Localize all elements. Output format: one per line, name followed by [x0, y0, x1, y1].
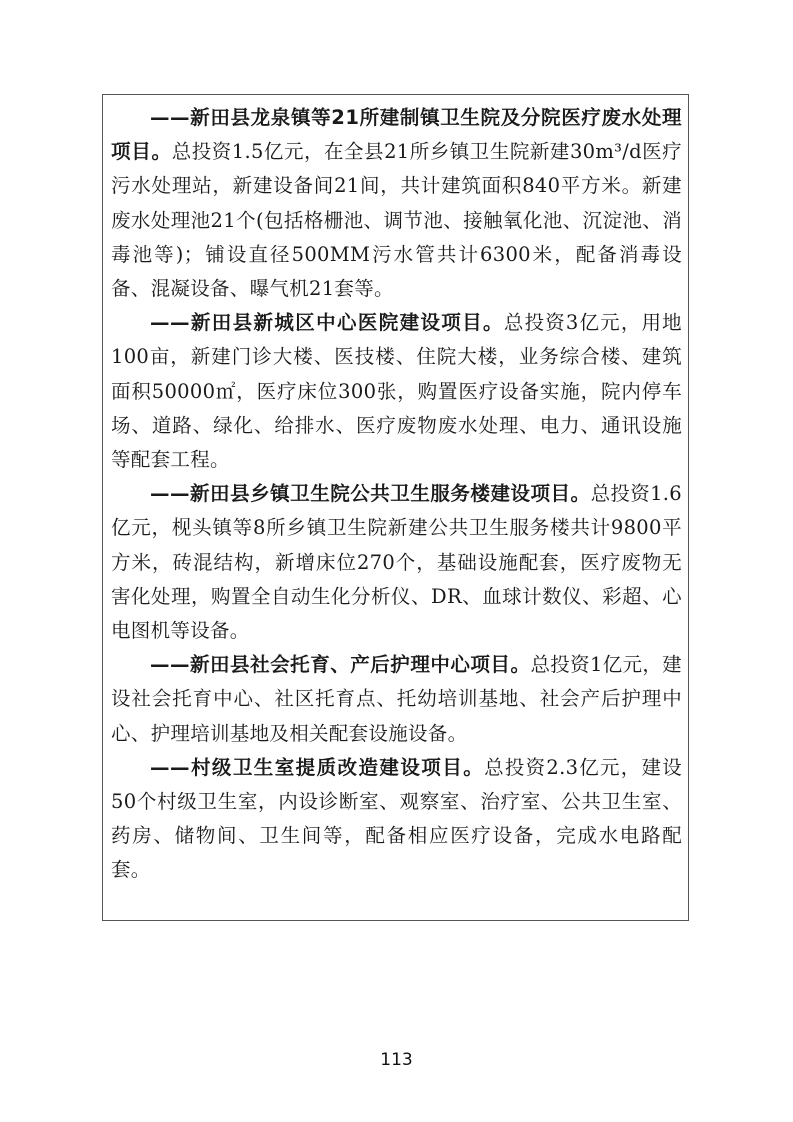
project-paragraph-new-city-hospital: ——新田县新城区中心医院建设项目。总投资3亿元，用地100亩，新建门诊大楼、医技…	[111, 306, 682, 477]
project-title: ——村级卫生室提质改造建设项目。	[150, 756, 484, 779]
project-paragraph-childcare-postpartum: ——新田县社会托育、产后护理中心项目。总投资1亿元，建设社会托育中心、社区托育点…	[111, 648, 682, 751]
project-list-box: ——新田县龙泉镇等21所建制镇卫生院及分院医疗废水处理项目。总投资1.5亿元，在…	[102, 94, 689, 921]
project-paragraph-township-public-health: ——新田县乡镇卫生院公共卫生服务楼建设项目。总投资1.6亿元，枧头镇等8所乡镇卫…	[111, 477, 682, 648]
project-description: 总投资3亿元，用地100亩，新建门诊大楼、医技楼、住院大楼，业务综合楼、建筑面积…	[111, 311, 682, 471]
project-title: ——新田县社会托育、产后护理中心项目。	[150, 653, 530, 676]
project-paragraph-wastewater: ——新田县龙泉镇等21所建制镇卫生院及分院医疗废水处理项目。总投资1.5亿元，在…	[111, 101, 682, 306]
project-description: 总投资1.5亿元，在全县21所乡镇卫生院新建30m³/d医疗污水处理站，新建设备…	[111, 140, 682, 300]
page-number: 113	[0, 1050, 793, 1070]
project-description: 总投资1.6亿元，枧头镇等8所乡镇卫生院新建公共卫生服务楼共计9800平方米，砖…	[111, 482, 682, 642]
project-paragraph-village-clinic: ——村级卫生室提质改造建设项目。总投资2.3亿元，建设50个村级卫生室，内设诊断…	[111, 751, 682, 888]
project-title: ——新田县乡镇卫生院公共卫生服务楼建设项目。	[150, 482, 591, 505]
project-title: ——新田县新城区中心医院建设项目。	[150, 311, 504, 334]
